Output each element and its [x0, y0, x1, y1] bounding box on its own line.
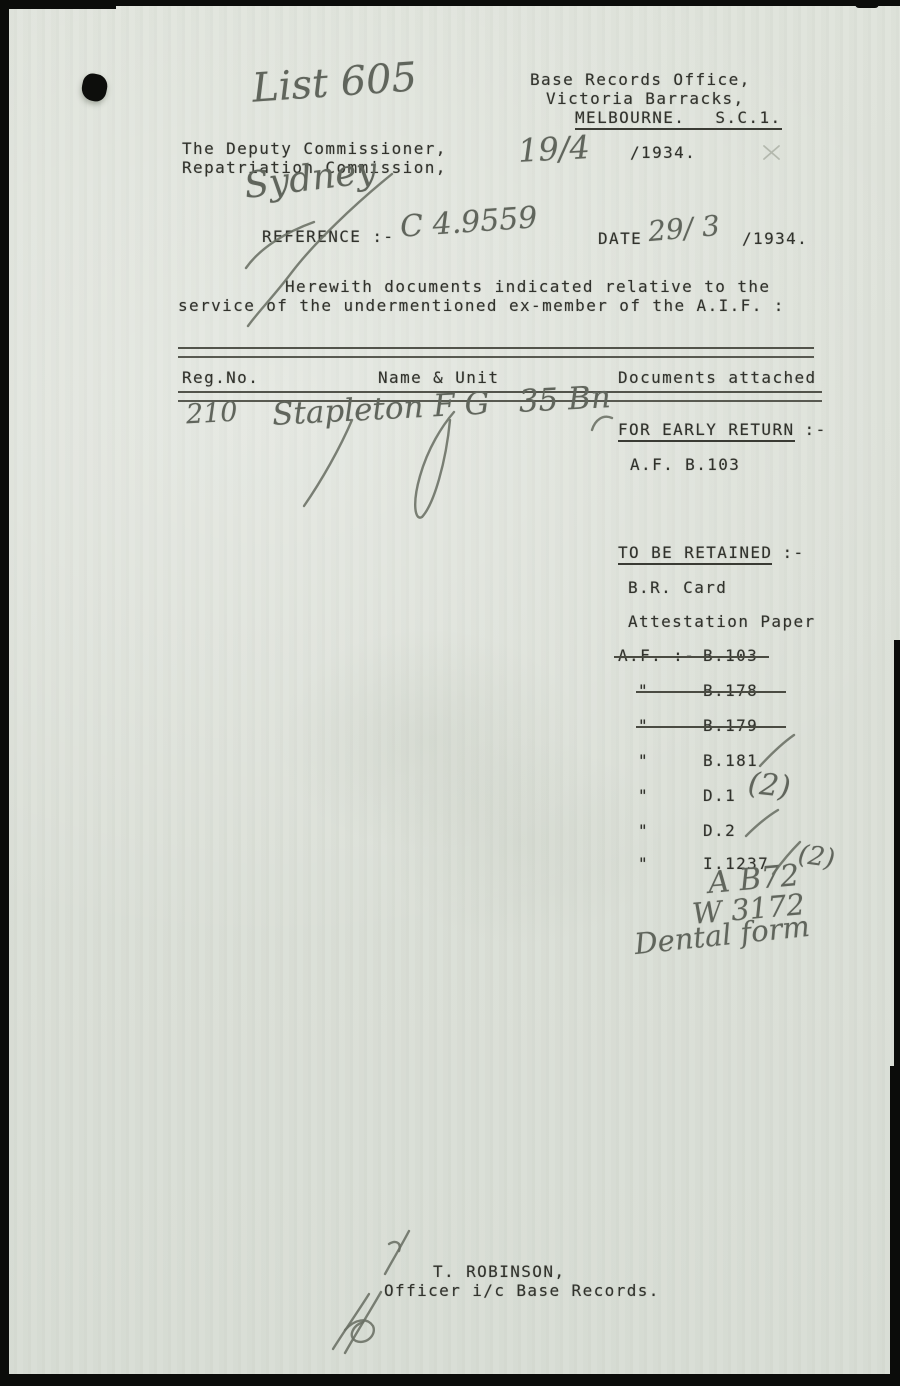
punch-hole: [79, 72, 109, 104]
office-line-2: Victoria Barracks,: [546, 89, 745, 108]
af-row-prefix: ": [638, 821, 649, 840]
af-row-prefix: ": [638, 751, 649, 770]
af-row-prefix: ": [638, 786, 649, 805]
strikethrough-line: [636, 726, 786, 728]
af-row-form: D.2: [703, 821, 736, 840]
signature-pencil-marks: [385, 1231, 409, 1274]
af-form-row: A.F. :- B.103: [618, 646, 858, 674]
office-city: MELBOURNE.: [575, 108, 685, 127]
addressee-line-1: The Deputy Commissioner,: [182, 139, 447, 158]
retained-heading: TO BE RETAINED:-: [618, 543, 805, 562]
typed-date-stamp-year: /1934.: [630, 143, 696, 162]
af-row-prefix: ": [638, 854, 649, 873]
monogram-initials: [333, 1292, 381, 1353]
office-code: S.C.1.: [715, 108, 781, 127]
scan-edge-top-left: [0, 0, 116, 9]
table-header-name-unit: Name & Unit: [378, 368, 499, 387]
handwritten-reference-value: C 4.9559: [399, 200, 539, 245]
handwritten-date-value: 29/ 3: [647, 209, 721, 248]
signature-name: T. ROBINSON,: [433, 1262, 565, 1281]
table-top-rule: [178, 347, 814, 358]
strikethrough-line: [614, 656, 769, 658]
early-return-suffix: :-: [805, 420, 827, 439]
handwritten-annotation-i1237: (2): [796, 840, 837, 875]
body-line-2: service of the undermentioned ex-member …: [178, 296, 785, 315]
retained-item-br-card: B.R. Card: [628, 578, 727, 597]
retained-heading-text: TO BE RETAINED: [618, 543, 772, 565]
scan-edge-left: [0, 0, 9, 1386]
signature-title: Officer i/c Base Records.: [384, 1281, 660, 1300]
scan-edge-top: [0, 0, 900, 6]
date-label: DATE: [598, 229, 642, 248]
scanned-document: List 605 Base Records Office, Victoria B…: [0, 0, 900, 1386]
scan-edge-right-corner: [890, 1066, 900, 1386]
retained-item-attestation: Attestation Paper: [628, 612, 816, 631]
retained-suffix: :-: [782, 543, 804, 562]
af-form-row: " D.1: [618, 786, 858, 814]
faint-check-mark: [764, 146, 779, 159]
office-city-line: MELBOURNE.S.C.1.: [575, 108, 782, 130]
office-line-1: Base Records Office,: [530, 70, 751, 89]
handwritten-reg-no: 210: [185, 397, 238, 431]
table-header-regno: Reg.No.: [182, 368, 259, 387]
af-form-row: " B.179: [618, 716, 858, 744]
early-return-heading-text: FOR EARLY RETURN: [618, 420, 795, 442]
typed-date-year: /1934.: [742, 229, 808, 248]
af-form-row: " B.178: [618, 681, 858, 709]
table-header-documents: Documents attached: [618, 368, 817, 387]
handwritten-list-number: List 605: [251, 54, 419, 111]
af-form-row: " B.181: [618, 751, 858, 779]
af-row-form: D.1: [703, 786, 736, 805]
handwritten-name-unit: Stapleton F G 35 Bn: [271, 379, 611, 433]
handwritten-annotation-d1: (2): [746, 766, 792, 805]
strikethrough-line: [636, 691, 786, 693]
body-line-1: Herewith documents indicated relative to…: [285, 277, 770, 296]
early-return-heading: FOR EARLY RETURN:-: [618, 420, 827, 439]
scan-edge-nick: [855, 0, 879, 8]
early-return-item: A.F. B.103: [630, 455, 740, 474]
handwritten-date-stamp: 19/4: [517, 128, 591, 170]
scan-edge-bottom: [0, 1374, 900, 1386]
reference-label: REFERENCE :-: [262, 227, 394, 246]
